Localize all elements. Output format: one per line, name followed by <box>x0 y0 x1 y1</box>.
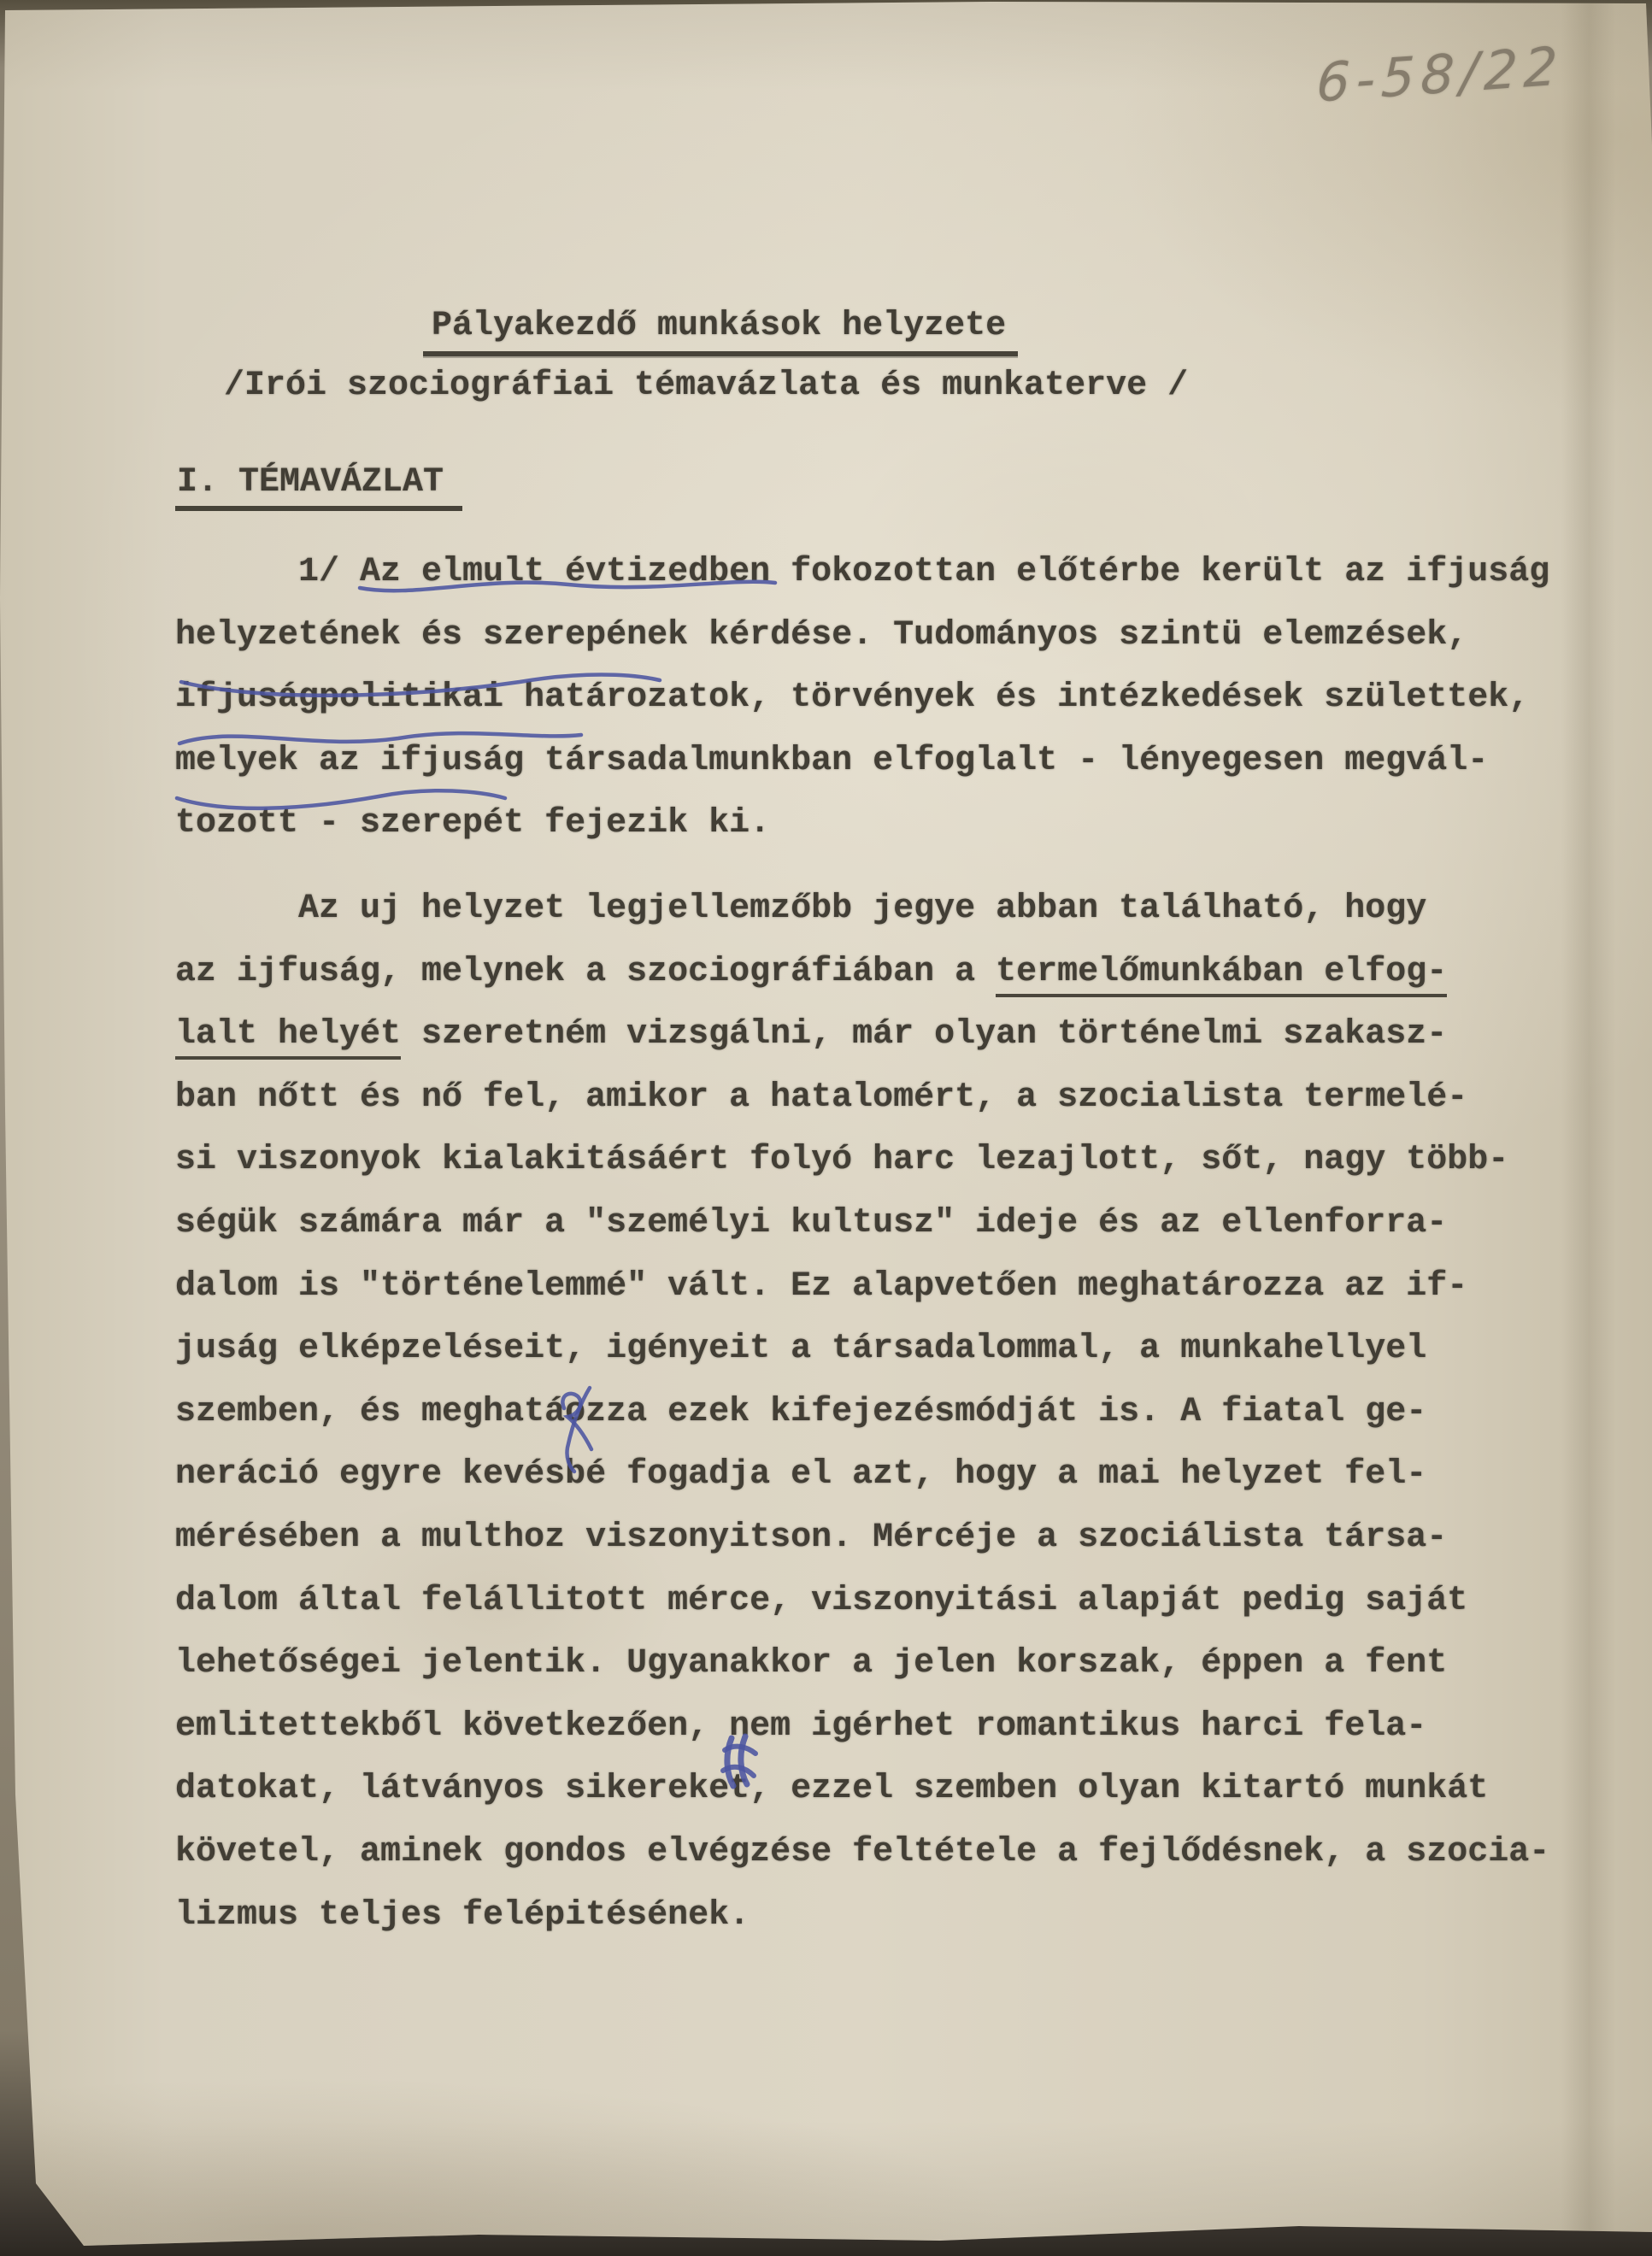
body-line: lizmus teljes felépitésének. <box>175 1899 750 1942</box>
body-line: dalom által felállitott mérce, viszonyit… <box>175 1584 1467 1627</box>
text-segment: lizmus teljes felépitésének. <box>175 1896 750 1935</box>
photo-background: 6-58/22 Pályakezdő munkások helyzete /Ir… <box>0 0 1652 2256</box>
section-heading: I. TÉMAVÁZLAT <box>175 466 462 511</box>
body-line: ifjuságpolitikai határozatok, törvények … <box>175 681 1529 724</box>
body-line: 1/ Az elmult évtizedben fokozottan előté… <box>175 555 1549 598</box>
body-line: dalom is "történelemmé" vált. Ez alapvet… <box>175 1270 1467 1313</box>
text-segment: követel, aminek gondos elvégzése feltéte… <box>175 1833 1549 1871</box>
text-segment: datokat, látványos sikereket, ezzel szem… <box>175 1770 1488 1808</box>
text-segment: emlitettekből következően, nem igérhet r… <box>175 1707 1426 1746</box>
body-line: Az uj helyzet legjellemzőbb jegye abban … <box>175 892 1426 935</box>
text-segment: dalom is "történelemmé" vált. Ez alapvet… <box>175 1267 1467 1306</box>
document-subtitle: /Irói szociográfiai témavázlata és munka… <box>224 369 1188 403</box>
body-line: az ijfuság, melynek a szociográfiában a … <box>175 955 1447 998</box>
body-line: melyek az ifjuság társadalmunkban elfogl… <box>175 744 1488 787</box>
body-line: mérésében a multhoz viszonyitson. Mércéj… <box>175 1521 1447 1564</box>
body-line: szemben, és meghatáozza ezek kifejezésmó… <box>175 1395 1426 1438</box>
body-line: helyzetének és szerepének kérdése. Tudom… <box>175 619 1467 661</box>
body-line: követel, aminek gondos elvégzése feltéte… <box>175 1836 1549 1878</box>
typed-underline-segment: termelőmunkában elfog- <box>996 953 1447 997</box>
text-segment: ifjuságpolitikai határozatok, törvények … <box>175 679 1529 717</box>
text-segment: ban nőtt és nő fel, amikor a hatalomért,… <box>175 1078 1467 1117</box>
body-line: juság elképzeléseit, igényeit a társadal… <box>175 1332 1426 1375</box>
typed-underline-segment: lalt helyét <box>175 1015 401 1060</box>
text-segment: helyzetének és szerepének kérdése. Tudom… <box>175 616 1467 655</box>
body-line: ségük számára már a "személyi kultusz" i… <box>175 1207 1447 1249</box>
body-line: lalt helyét szeretném vizsgálni, már oly… <box>175 1018 1447 1060</box>
body-line: lehetőségei jelentik. Ugyanakkor a jelen… <box>175 1647 1447 1689</box>
text-segment: mérésében a multhoz viszonyitson. Mércéj… <box>175 1519 1447 1557</box>
body-line: datokat, látványos sikereket, ezzel szem… <box>175 1772 1488 1815</box>
body-line: emlitettekből következően, nem igérhet r… <box>175 1710 1426 1753</box>
body-line: ban nőtt és nő fel, amikor a hatalomért,… <box>175 1081 1467 1124</box>
text-segment: tozott - szerepét fejezik ki. <box>175 804 770 843</box>
text-segment: Az uj helyzet legjellemzőbb jegye abban … <box>175 890 1426 928</box>
text-segment: az ijfuság, melynek a szociográfiában a <box>175 953 996 991</box>
text-segment: ségük számára már a "személyi kultusz" i… <box>175 1204 1447 1243</box>
text-segment: dalom által felállitott mérce, viszonyit… <box>175 1582 1467 1620</box>
text-segment: lehetőségei jelentik. Ugyanakkor a jelen… <box>175 1644 1447 1683</box>
body-line: si viszonyok kialakitásáért folyó harc l… <box>175 1143 1508 1186</box>
text-segment: szeretném vizsgálni, már olyan történelm… <box>401 1015 1447 1054</box>
body-line: tozott - szerepét fejezik ki. <box>175 807 770 849</box>
text-segment: szemben, és meghatáozza ezek kifejezésmó… <box>175 1393 1426 1431</box>
document-title: Pályakezdő munkások helyzete <box>423 309 1018 356</box>
text-segment: si viszonyok kialakitásáért folyó harc l… <box>175 1141 1508 1179</box>
text-segment: juság elképzeléseit, igényeit a társadal… <box>175 1330 1426 1368</box>
text-segment: neráció egyre kevésbé fogadja el azt, ho… <box>175 1455 1426 1494</box>
text-segment: melyek az ifjuság társadalmunkban elfogl… <box>175 742 1488 780</box>
text-segment: 1/ Az elmult évtizedben fokozottan előté… <box>175 553 1549 591</box>
archive-number-handwritten: 6-58/22 <box>1315 30 1625 114</box>
document-page: 6-58/22 Pályakezdő munkások helyzete /Ir… <box>0 0 1652 2256</box>
body-line: neráció egyre kevésbé fogadja el azt, ho… <box>175 1458 1426 1501</box>
